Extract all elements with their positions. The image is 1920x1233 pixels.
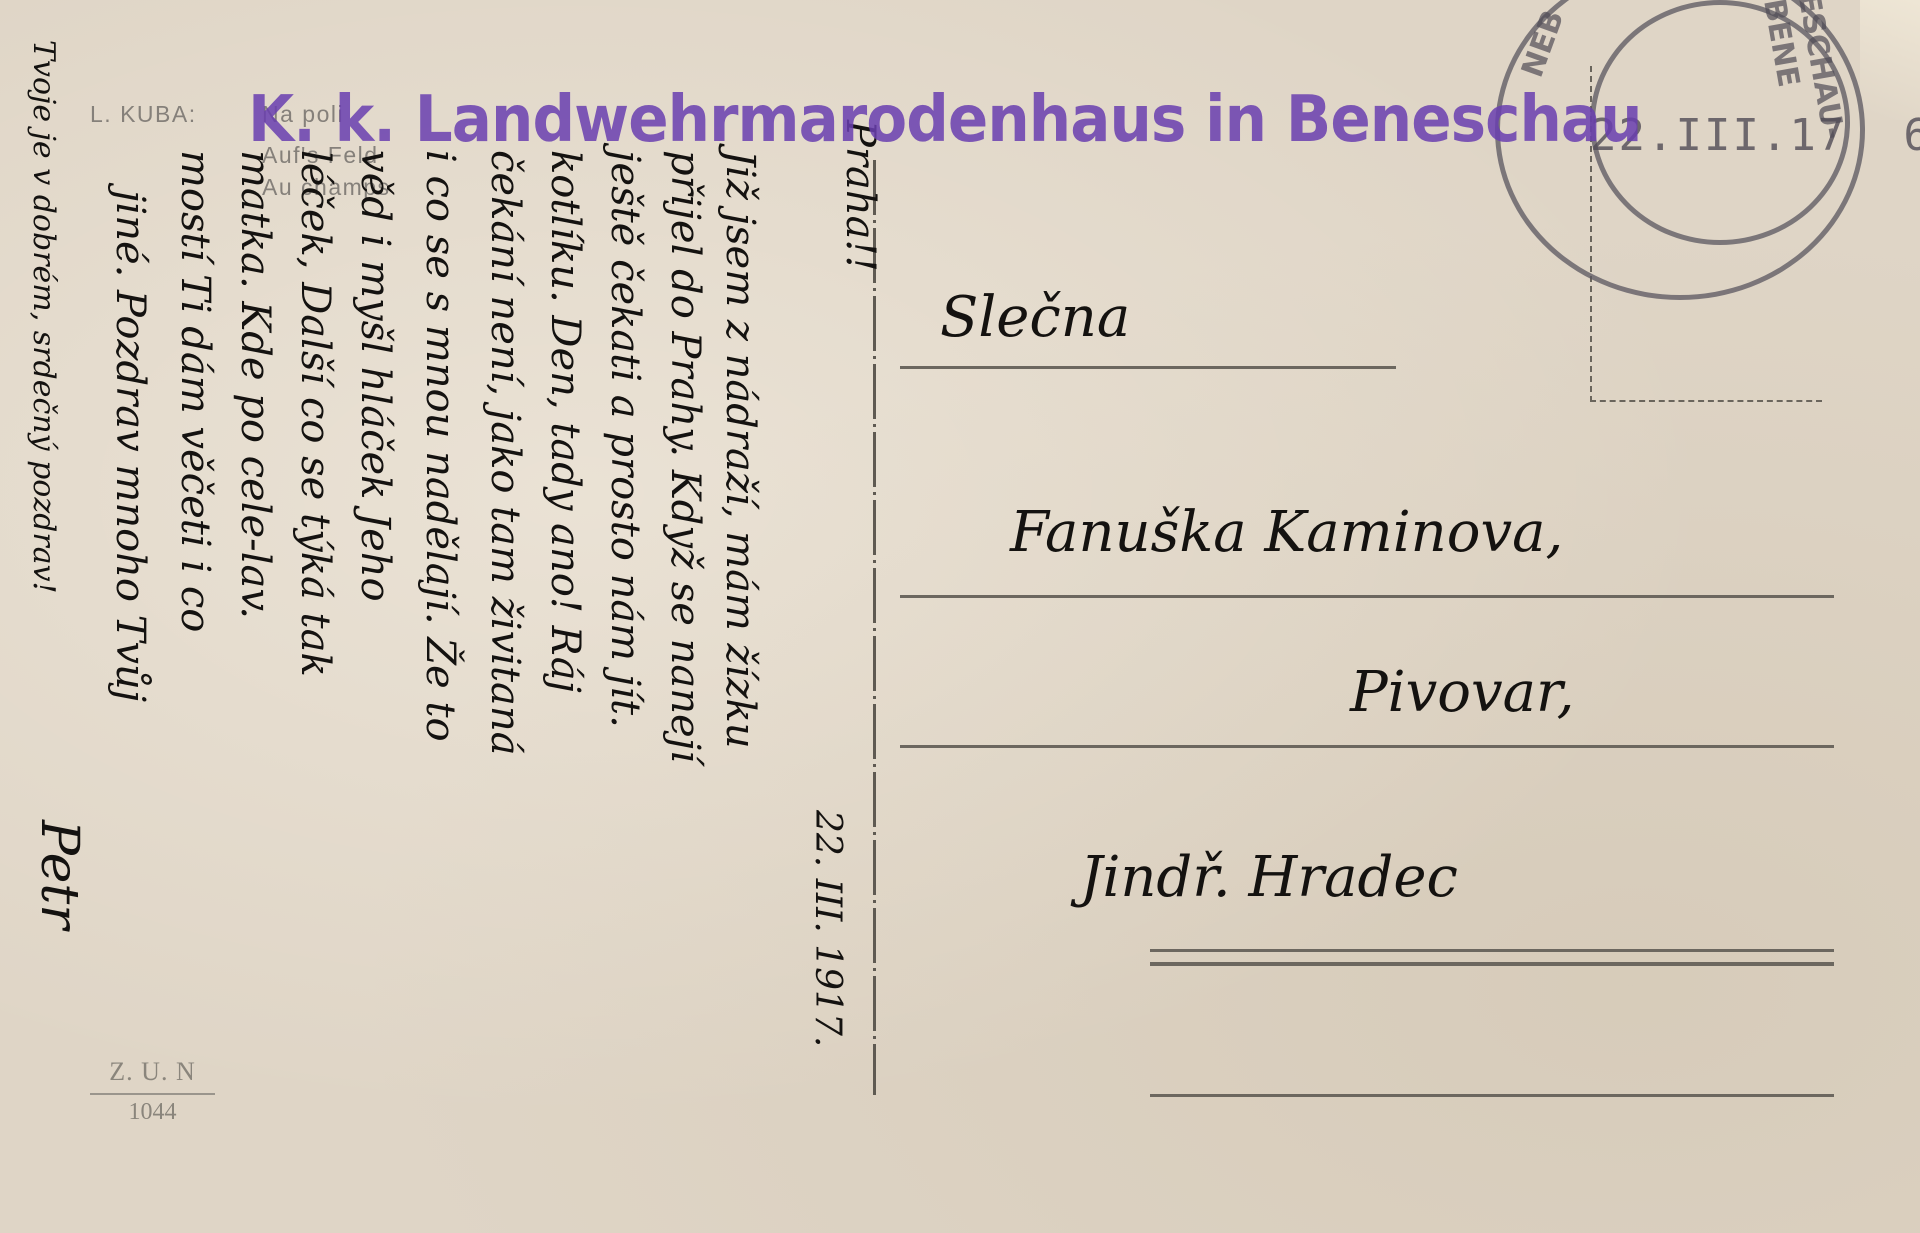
- address-street: Pivovar,: [1350, 665, 1574, 721]
- publisher-rule: [90, 1093, 215, 1095]
- publisher-code: Z. U. N: [90, 1057, 215, 1087]
- address-line-4a: [1150, 949, 1834, 952]
- address-line-2: [900, 595, 1834, 598]
- postmark-hour: 6: [1903, 110, 1920, 161]
- message-line: přijel do Prahy. Když se nanejí: [665, 150, 705, 763]
- message-line: Již jsem z nádraží, mám žízku: [720, 150, 760, 749]
- address-line-5: [1150, 1094, 1834, 1097]
- hospital-rubber-stamp: K. k. Landwehrmarodenhaus in Beneschau: [248, 88, 1642, 152]
- message-line: jiné. Pozdrav mnoho Tvůj: [110, 190, 150, 702]
- address-line-4b: [1150, 962, 1834, 966]
- message-line: kotlíku. Den, tady ano! Ráj: [545, 150, 585, 693]
- publisher-number: 1044: [90, 1099, 215, 1126]
- message-line: čekání není, jako tam živitaná: [485, 150, 525, 756]
- message-line: léček, Další co se týká tak: [295, 150, 335, 677]
- publisher-mark: Z. U. N 1044: [90, 1057, 215, 1126]
- postcard: L. KUBA: Na poli Auf's Feld Au champs 22…: [0, 0, 1920, 1233]
- address-line-1: [900, 366, 1396, 369]
- message-date: 22. III. 1917.: [809, 810, 845, 1047]
- message-line: mostí Ti dám věčeti i co: [175, 150, 215, 632]
- caption-artist: L. KUBA:: [90, 103, 197, 126]
- corner-wear: [1860, 0, 1920, 120]
- message-line: věd i myšl hláček Jeho: [355, 150, 395, 602]
- address-name: Fanuška Kaminova,: [1010, 505, 1563, 561]
- center-divider: [873, 160, 876, 1095]
- address-salutation: Slečna: [940, 290, 1130, 346]
- address-line-3: [900, 745, 1834, 748]
- address-city: Jindř. Hradec: [1080, 850, 1458, 906]
- message-line: i co se s mnou nadělají. Že to: [420, 150, 460, 742]
- message-postscript: Tvoje je v dobrém, srdečný pozdrav!: [28, 40, 58, 594]
- message-signature: Petr: [33, 820, 85, 929]
- message-line: ještě čekati a prosto nám jít.: [605, 150, 645, 728]
- message-line: matka. Kde po cele-lav.: [235, 150, 275, 619]
